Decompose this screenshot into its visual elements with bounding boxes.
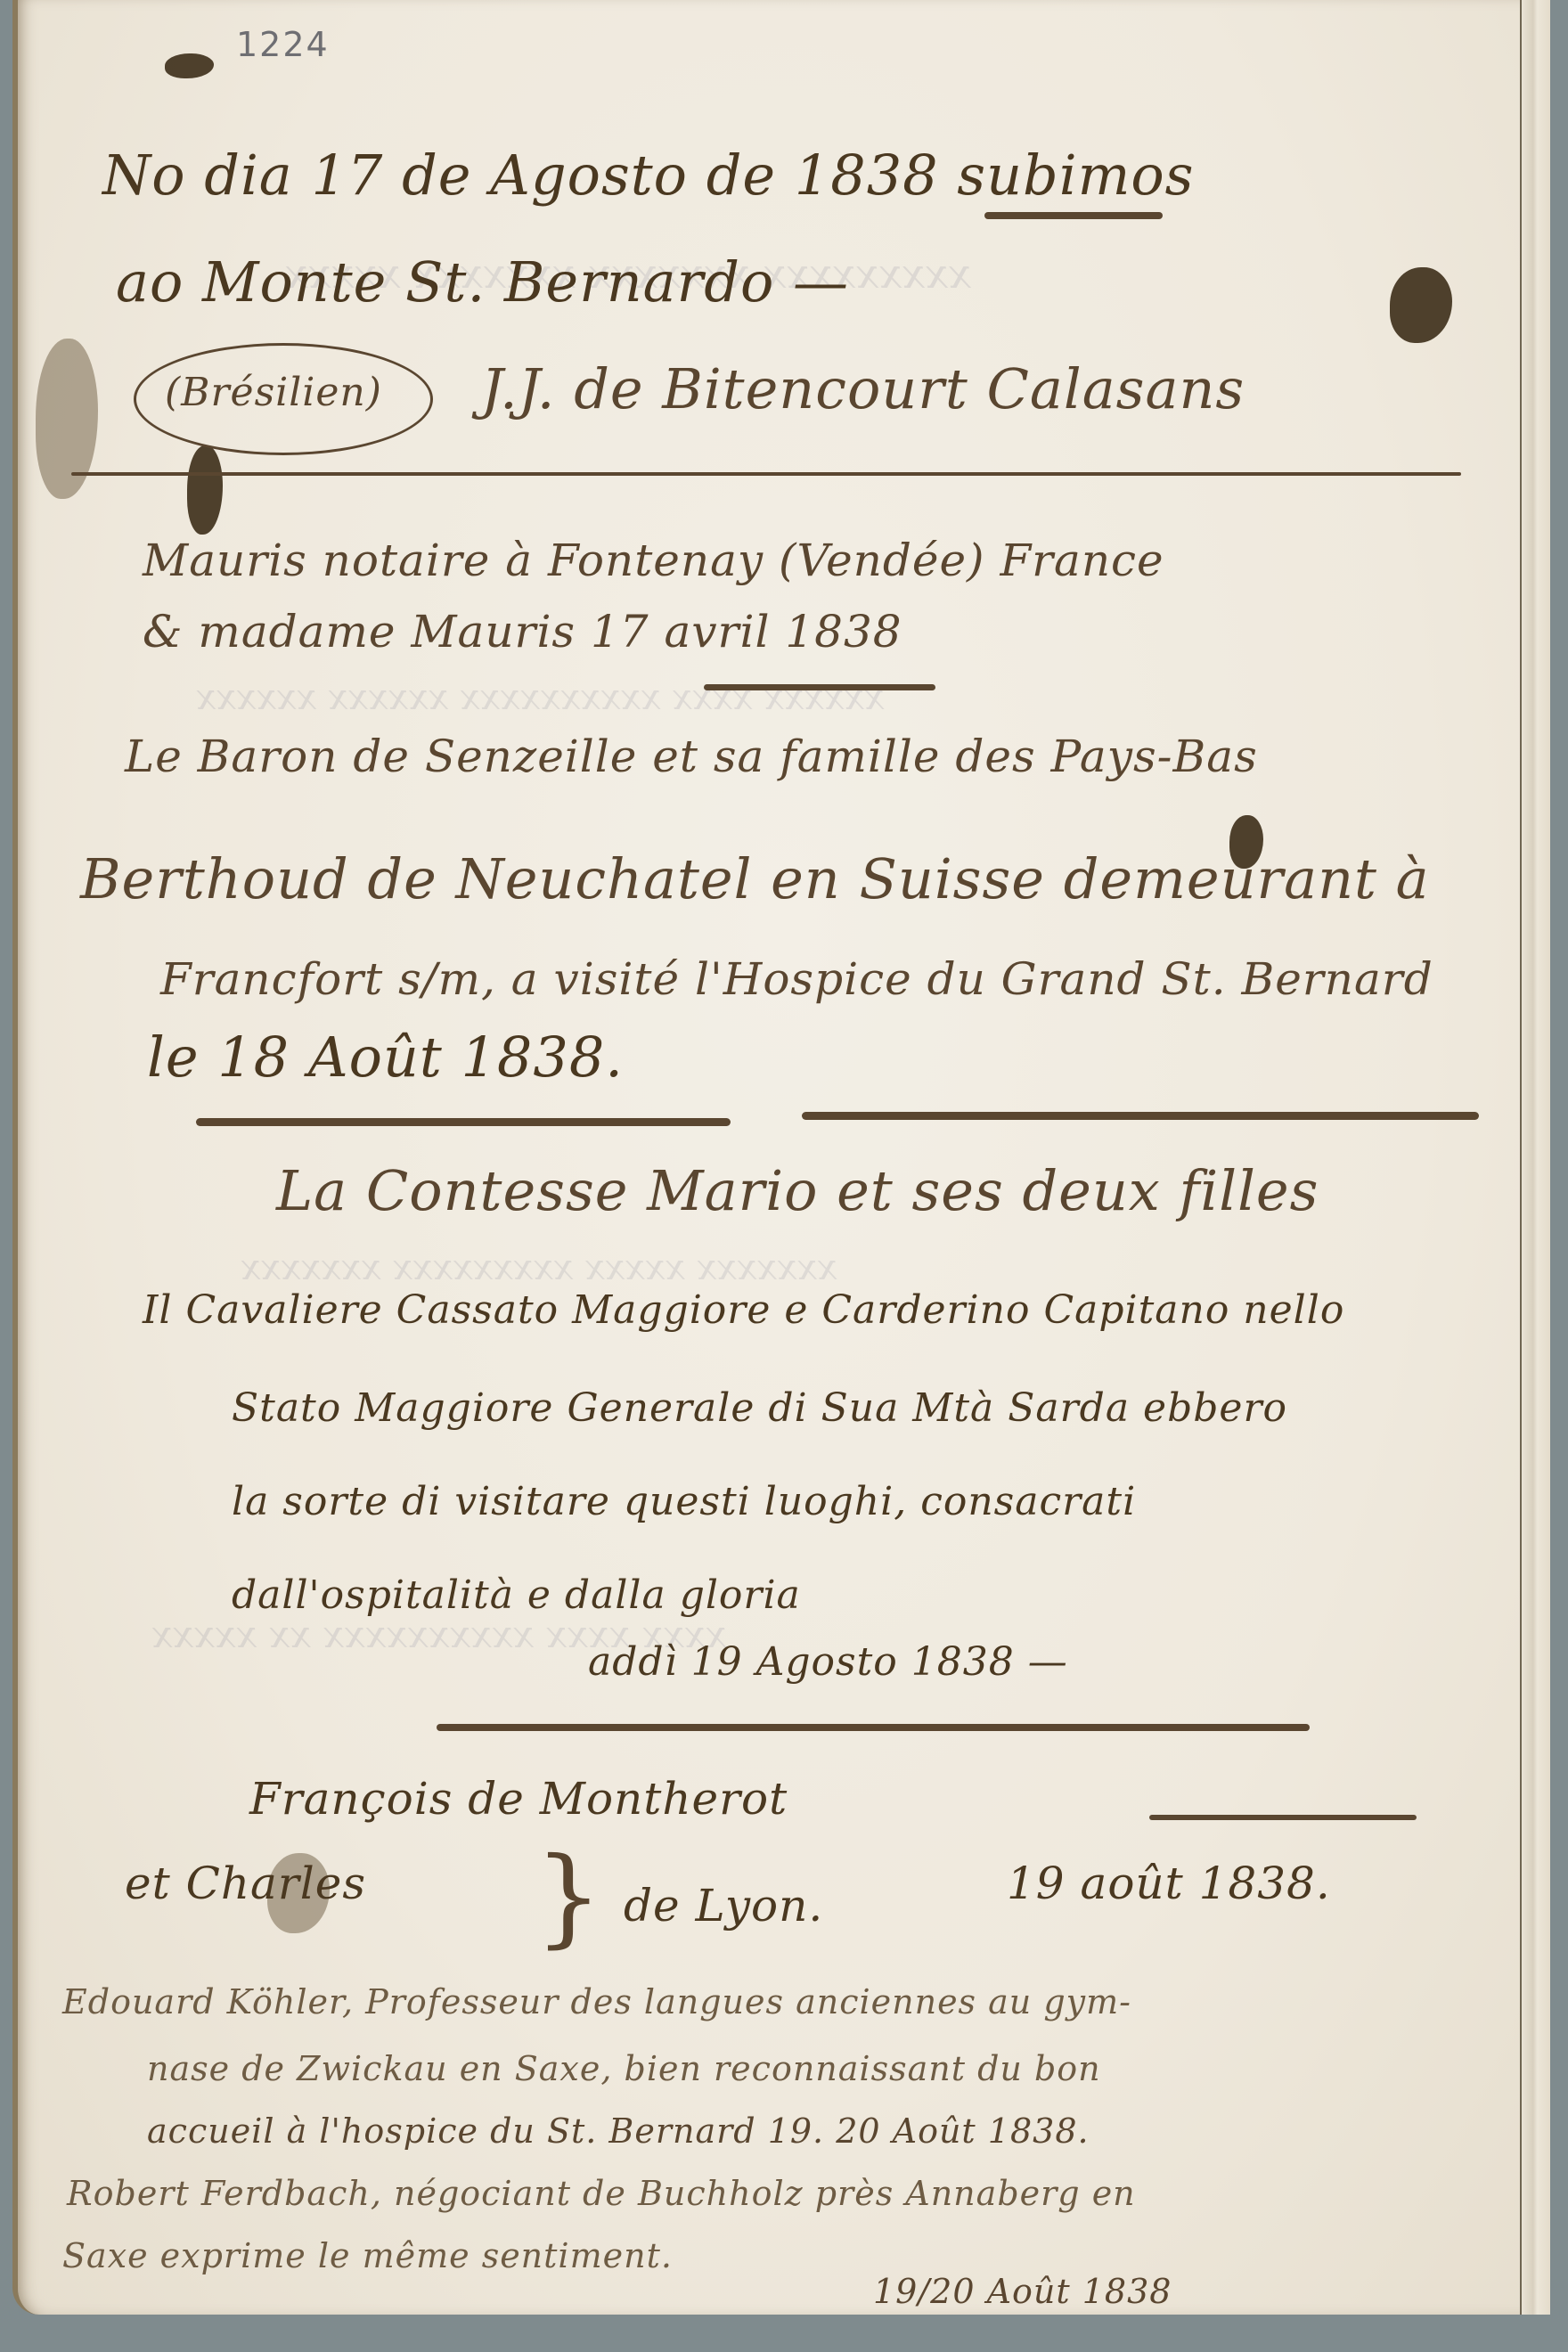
ink-blot [165, 53, 214, 78]
entry-2-line-2: & madame Mauris 17 avril 1838 [143, 606, 902, 657]
manuscript-page: xxxxxxxxx xxxxxxx xxxxxxx xxxxx xxxxxx x… [12, 0, 1550, 2315]
entry-1-line-2: ao Monte St. Bernardo — [116, 249, 849, 314]
entry-3-line-1: Le Baron de Senzeille et sa famille des … [125, 731, 1258, 782]
separator [704, 684, 935, 690]
entry-5-line-1: La Contesse Mario et ses deux filles [276, 1158, 1319, 1223]
entry-4-line-1: Berthoud de Neuchatel en Suisse demeuran… [80, 846, 1430, 911]
entry-7-date: 19 août 1838. [1007, 1858, 1331, 1909]
entry-7-line-2: et Charles [125, 1858, 366, 1909]
entry-7-line-1: François de Montherot [249, 1773, 788, 1825]
entry-1-line-1: No dia 17 de Agosto de 1838 subimos [102, 143, 1195, 208]
entry-4-line-3: le 18 Août 1838. [147, 1025, 624, 1090]
brace: } [535, 1835, 603, 1959]
entry-6-line-1: Il Cavaliere Cassato Maggiore e Carderin… [143, 1287, 1344, 1333]
entry-8-line-3: accueil à l'hospice du St. Bernard 19. 2… [147, 2111, 1090, 2151]
entry-8-line-5: Saxe exprime le même sentiment. [62, 2236, 673, 2275]
entry-7-place: de Lyon. [624, 1880, 823, 1931]
entry-8-line-2: nase de Zwickau en Saxe, bien reconnaiss… [147, 2049, 1101, 2088]
entry-4-line-2: Francfort s/m, a visité l'Hospice du Gra… [160, 953, 1433, 1005]
flourish-left [196, 1118, 731, 1126]
entry-1-origin: (Brésilien) [165, 370, 382, 415]
entry-6-line-4: dall'ospitalità e dalla gloria [232, 1572, 801, 1618]
signature-flourish [71, 472, 1461, 476]
entry-8-date: 19/20 Août 1838 [873, 2272, 1172, 2311]
bleed-through-text: xxxxxxx xxxxx xxxxxxxxx xxxxxxx [241, 1247, 837, 1288]
flourish-right [802, 1112, 1479, 1120]
entry-2-line-1: Mauris notaire à Fontenay (Vendée) Franc… [143, 535, 1164, 586]
entry-6-date: addì 19 Agosto 1838 — [588, 1639, 1068, 1685]
bleed-through-text: xxxxxx xxxx xxxxxxxxxx xxxxxx xxxxxx [196, 677, 885, 718]
entry-8-line-1: Edouard Köhler, Professeur des langues a… [62, 1982, 1131, 2021]
separator [437, 1724, 1310, 1731]
entry-6-line-2: Stato Maggiore Generale di Sua Mtà Sarda… [232, 1385, 1287, 1431]
book-gutter [1520, 0, 1550, 2315]
ink-blot [187, 445, 223, 535]
entry-6-line-3: la sorte di visitare questi luoghi, cons… [232, 1479, 1136, 1524]
page-number: 1224 [236, 25, 330, 64]
entry-8-line-4: Robert Ferdbach, négociant de Buchholz p… [67, 2174, 1136, 2213]
underline [1149, 1815, 1417, 1820]
underline [984, 212, 1163, 219]
entry-1-signature: J.J. de Bitencourt Calasans [481, 356, 1245, 421]
ink-blot [1390, 267, 1452, 343]
